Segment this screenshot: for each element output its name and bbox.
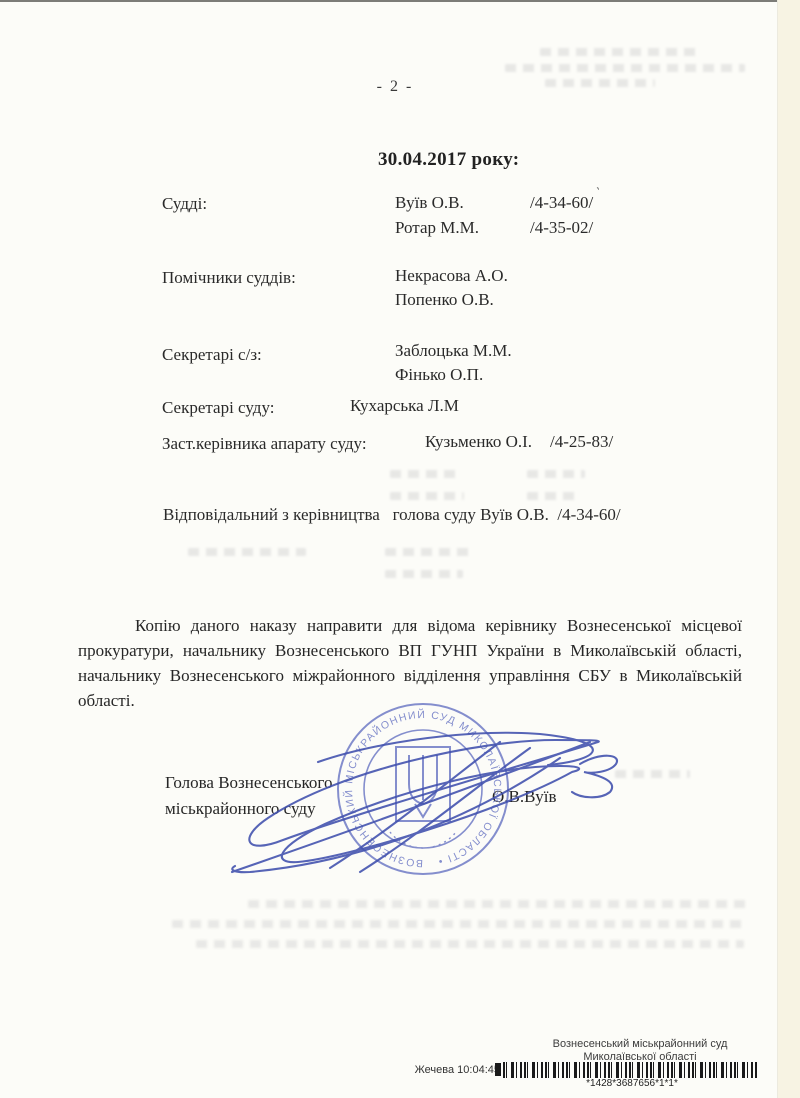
staff-name: Ротар М.М. <box>395 218 479 238</box>
staff-label-court-secretaries: Секретарі суду: <box>162 398 274 418</box>
staff-label-judges: Судді: <box>162 194 207 214</box>
page-number: - 2 - <box>0 78 790 96</box>
signer-title-line2: міськрайонного суду <box>165 796 332 822</box>
scan-top-edge <box>0 0 800 2</box>
footer-court-name: Вознесенський міськрайонний суд <box>520 1038 760 1050</box>
signer-title-line1: Голова Вознесенського <box>165 770 332 796</box>
staff-label-session-secretaries: Секретарі с/з: <box>162 345 262 365</box>
court-stamp: ВОЗНЕСЕНСЬКИЙ МІСЬКРАЙОННИЙ СУД МИКОЛАЇВ… <box>328 700 518 880</box>
bleed-through-mark <box>172 920 748 928</box>
staff-phone: /4-34-60/ <box>530 193 593 213</box>
scan-right-strip <box>777 0 800 1098</box>
bleed-through-mark <box>248 900 746 908</box>
staff-phone: /4-25-83/ <box>550 432 613 452</box>
staff-label-assistants: Помічники суддів: <box>162 268 296 288</box>
bleed-through-mark <box>385 548 473 556</box>
bleed-through-mark <box>390 492 464 500</box>
date-heading: 30.04.2017 року: <box>378 149 519 171</box>
order-copy-paragraph: Копію даного наказу направити для відома… <box>78 613 742 713</box>
bleed-through-mark <box>188 548 306 556</box>
signer-title: Голова Вознесенського міськрайонного суд… <box>165 770 332 822</box>
staff-name: Заблоцька М.М. <box>395 341 512 361</box>
staff-name: Вуїв О.В. <box>395 193 464 213</box>
trident-icon <box>396 747 450 821</box>
bleed-through-mark <box>390 470 458 478</box>
pen-tick-mark: ` <box>592 186 601 203</box>
staff-name: Некрасова А.О. <box>395 266 508 286</box>
staff-label-deputy-chief: Заст.керівника апарату суду: <box>162 434 367 454</box>
barcode-number: *1428*3687656*1*1* <box>505 1078 759 1089</box>
bleed-through-mark <box>527 492 579 500</box>
barcode-start-block <box>495 1063 501 1076</box>
staff-phone: /4-35-02/ <box>530 218 593 238</box>
staff-name: Фінько О.П. <box>395 365 483 385</box>
bleed-through-mark <box>527 470 585 478</box>
staff-name: Попенко О.В. <box>395 290 494 310</box>
barcode <box>503 1062 757 1078</box>
footer-operator-timestamp: Жечева 10:04:45 <box>380 1064 500 1076</box>
bleed-through-mark <box>540 48 700 56</box>
staff-name: Кухарська Л.М <box>350 396 459 416</box>
document-page: - 2 - 30.04.2017 року: Судді: Вуїв О.В. … <box>0 0 800 1098</box>
bleed-through-mark <box>196 940 744 948</box>
bleed-through-mark <box>615 770 690 778</box>
responsible-line: Відповідальний з керівництва голова суду… <box>163 505 621 525</box>
bleed-through-mark <box>385 570 463 578</box>
bleed-through-mark <box>505 64 745 72</box>
staff-name: Кузьменко О.І. <box>425 432 532 452</box>
